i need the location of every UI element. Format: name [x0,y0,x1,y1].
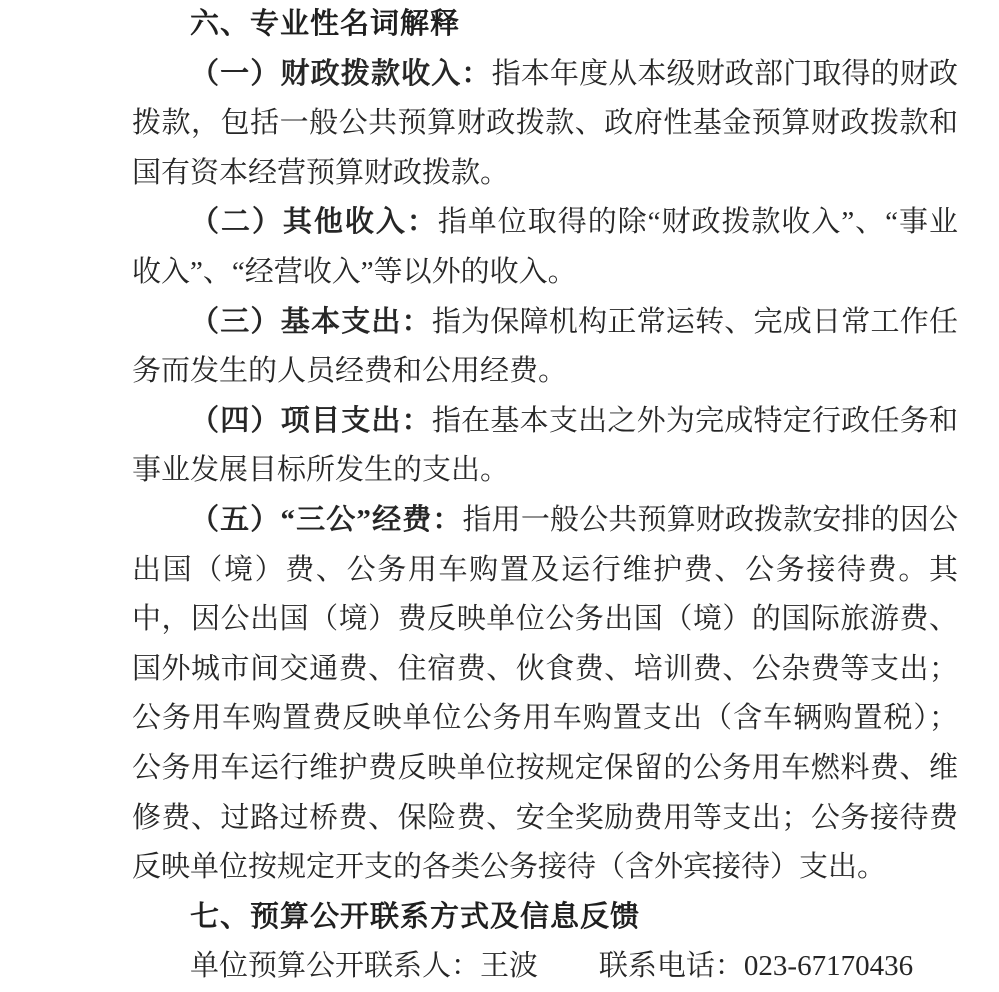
term-lead-2: （二）其他收入： [190,206,438,238]
contact-phone: 联系电话：023-67170436 [599,950,913,982]
document-page: 六、专业性名词解释 （一）财政拨款收入：指本年度从本级财政部门取得的财政拨款，包… [0,0,999,992]
term-paragraph-1: （一）财政拨款收入：指本年度从本级财政部门取得的财政拨款，包括一般公共预算财政拨… [132,50,958,199]
term-paragraph-4: （四）项目支出：指在基本支出之外为完成特定行政任务和事业发展目标所发生的支出。 [132,397,958,496]
term-lead-4: （四）项目支出： [190,405,432,437]
section6-heading: 六、专业性名词解释 [132,0,958,50]
term-paragraph-5: （五）“三公”经费：指用一般公共预算财政拨款安排的因公出国（境）费、公务用车购置… [132,496,958,893]
contact-person: 单位预算公开联系人：王波 [190,950,538,982]
section7-heading: 七、预算公开联系方式及信息反馈 [132,893,958,943]
contact-line: 单位预算公开联系人：王波联系电话：023-67170436 [132,942,958,992]
term-lead-5: （五）“三公”经费： [190,504,463,536]
term-lead-1: （一）财政拨款收入： [190,58,492,90]
term-lead-3: （三）基本支出： [190,306,432,338]
term-paragraph-2: （二）其他收入：指单位取得的除“财政拨款收入”、“事业收入”、“经营收入”等以外… [132,198,958,297]
term-paragraph-3: （三）基本支出：指为保障机构正常运转、完成日常工作任务而发生的人员经费和公用经费… [132,298,958,397]
term-body-5: 指用一般公共预算财政拨款安排的因公出国（境）费、公务用车购置及运行维护费、公务接… [132,504,958,883]
